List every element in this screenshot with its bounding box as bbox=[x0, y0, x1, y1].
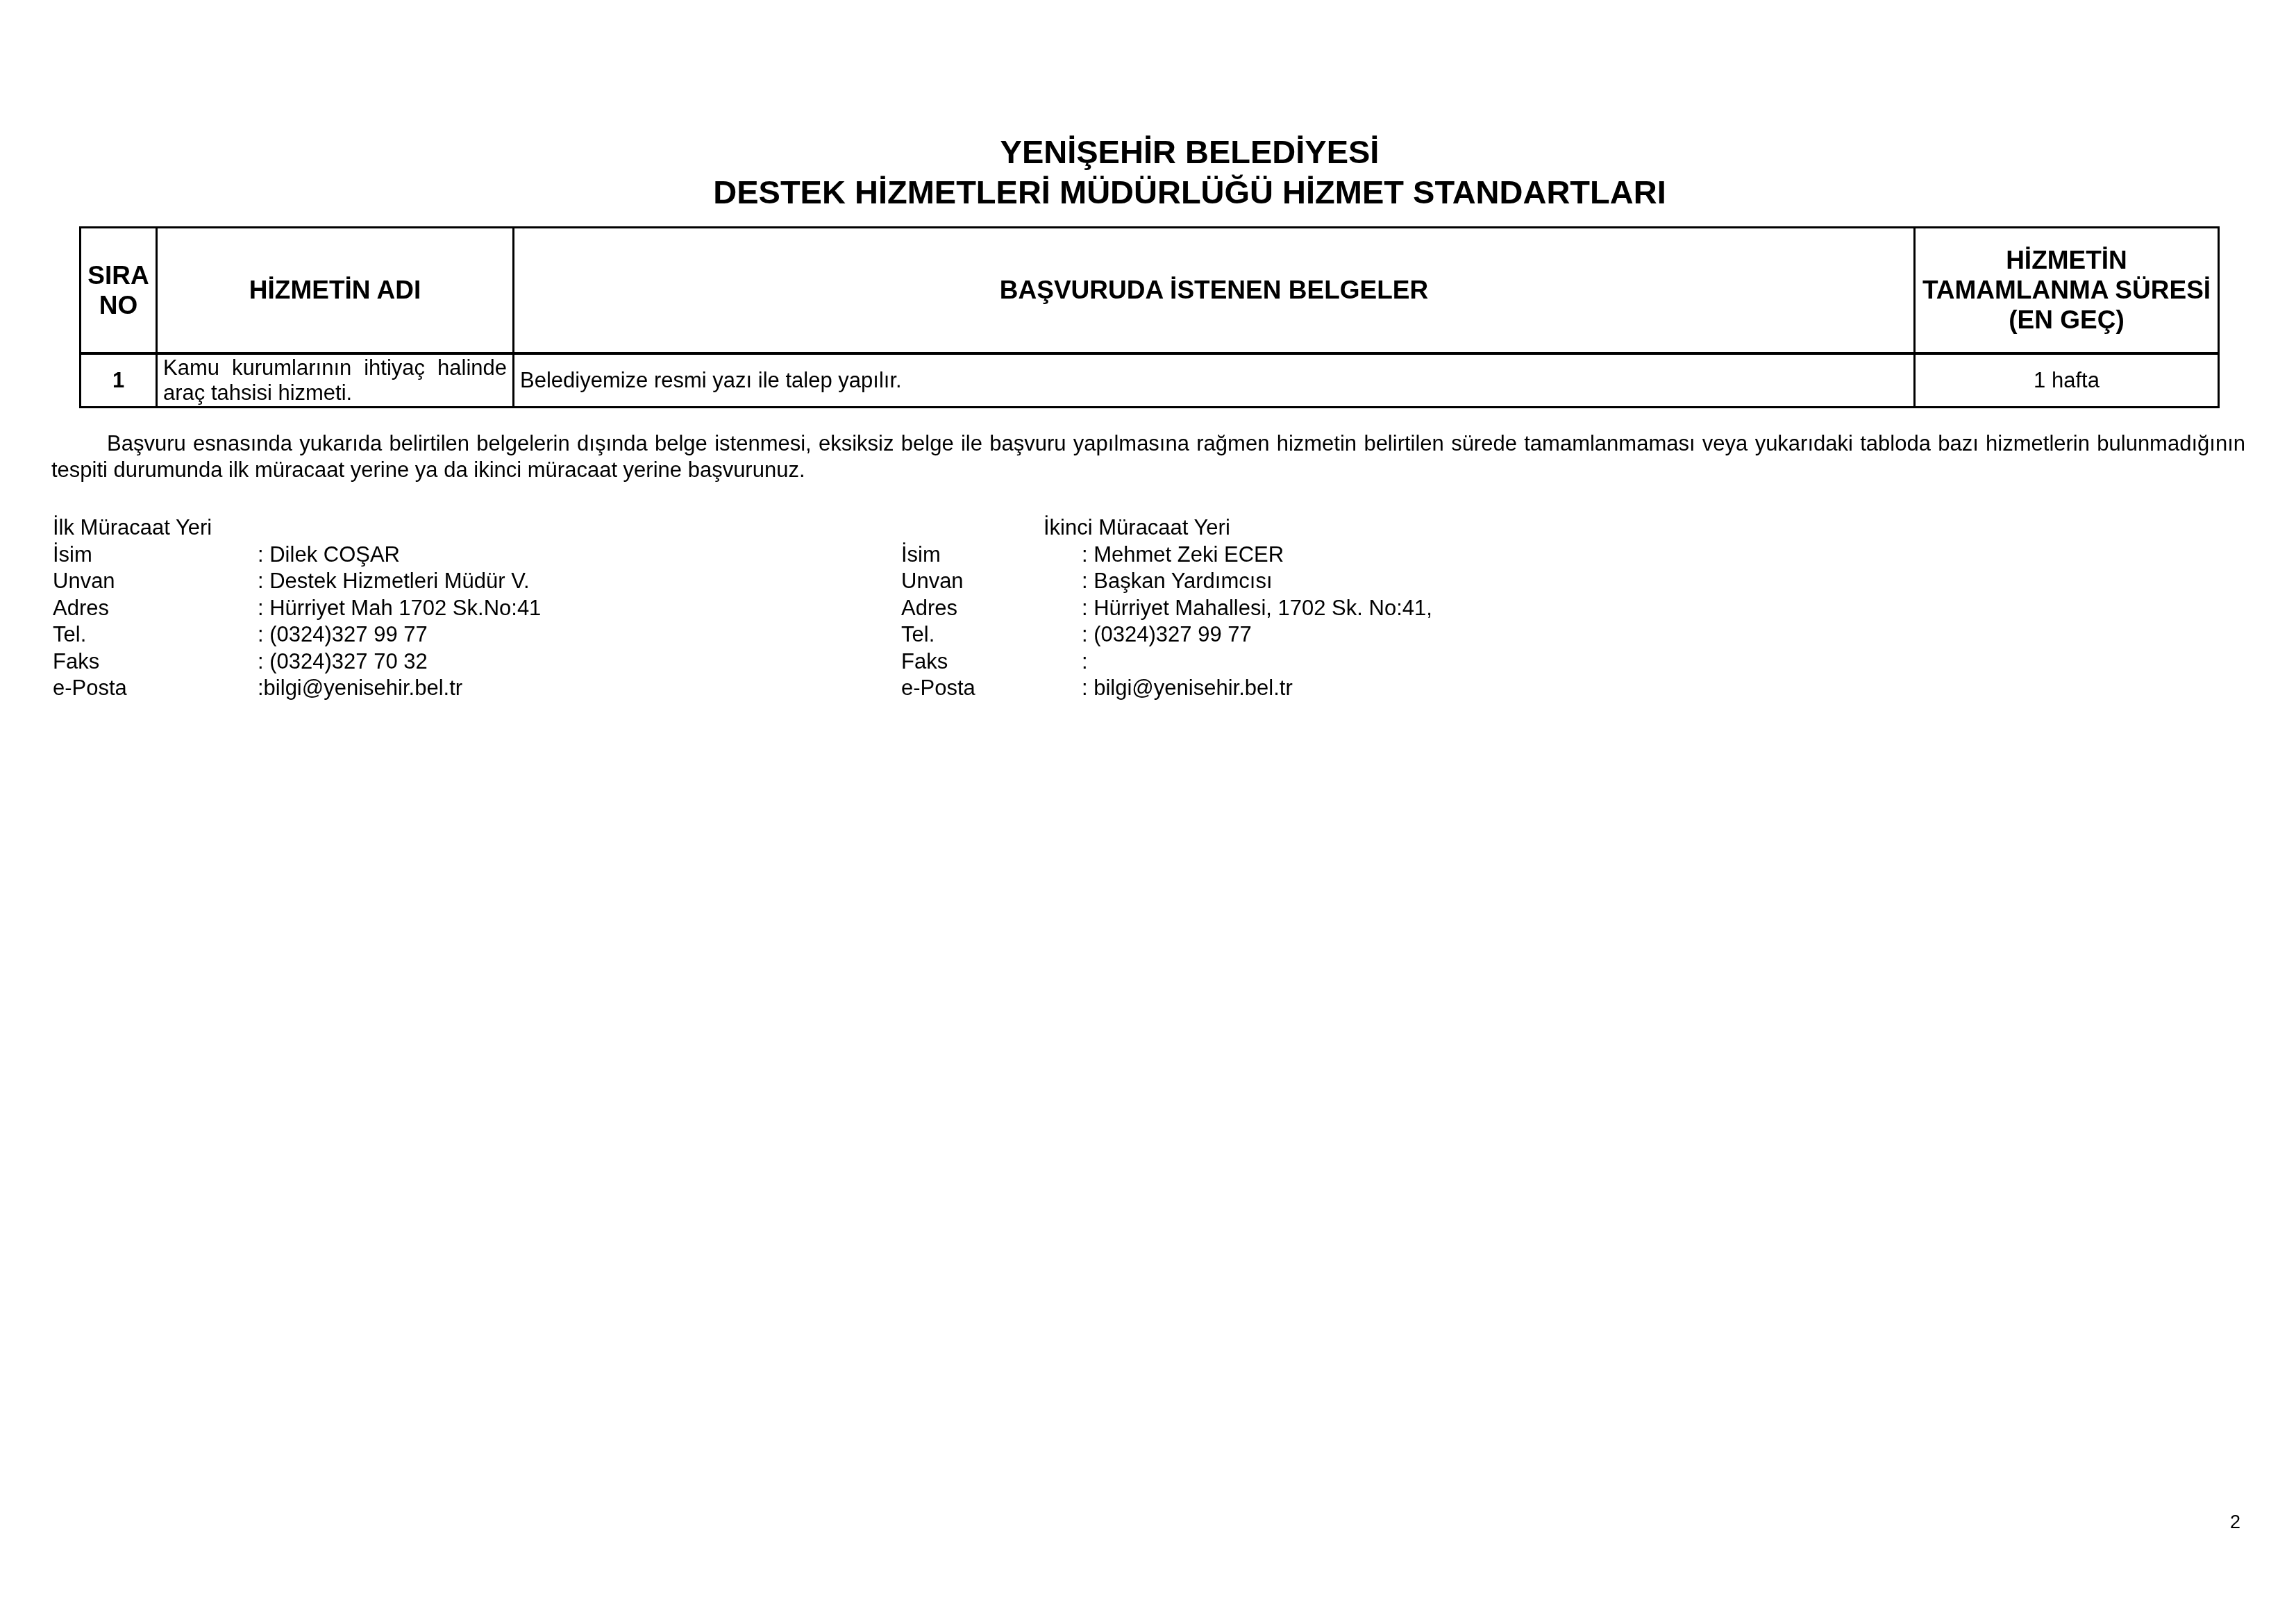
document-subtitle: DESTEK HİZMETLERİ MÜDÜRLÜĞÜ HİZMET STAND… bbox=[42, 173, 2296, 212]
column-header-belgeler: BAŞVURUDA İSTENEN BELGELER bbox=[514, 228, 1915, 353]
contact-row-title: Unvan: Destek Hizmetleri Müdür V. bbox=[53, 568, 541, 595]
contact-row-address: Adres: Hürriyet Mahallesi, 1702 Sk. No:4… bbox=[901, 595, 1432, 622]
contact-value: : Destek Hizmetleri Müdür V. bbox=[258, 568, 530, 595]
table-row: 1 Kamu kurumlarının ihtiyaç halinde araç… bbox=[81, 353, 2219, 408]
cell-sure: 1 hafta bbox=[1915, 353, 2219, 408]
page-number: 2 bbox=[2230, 1512, 2240, 1533]
contact-label: Unvan bbox=[901, 568, 1082, 595]
contact-value: : (0324)327 99 77 bbox=[258, 621, 428, 648]
contact-value: : Mehmet Zeki ECER bbox=[1082, 542, 1284, 569]
contact-row-email: e-Posta : bilgi@yenisehir.bel.tr bbox=[901, 675, 1432, 702]
contact-label: e-Posta bbox=[901, 675, 1082, 702]
contact-value: :bilgi@yenisehir.bel.tr bbox=[258, 675, 462, 702]
contact-value: : bilgi@yenisehir.bel.tr bbox=[1082, 675, 1293, 702]
column-header-sure: HİZMETİN TAMAMLANMA SÜRESİ (EN GEÇ) bbox=[1915, 228, 2219, 353]
contact-label: Faks bbox=[53, 648, 258, 676]
contact-label: Adres bbox=[901, 595, 1082, 622]
contact-row-name: İsim: Mehmet Zeki ECER bbox=[901, 542, 1432, 569]
contact-row-address: Adres: Hürriyet Mah 1702 Sk.No:41 bbox=[53, 595, 541, 622]
contact-label: İsim bbox=[53, 542, 258, 569]
contact-row-fax: Faks: (0324)327 70 32 bbox=[53, 648, 541, 676]
contact-row-fax: Faks: bbox=[901, 648, 1432, 676]
notice-paragraph: Başvuru esnasında yukarıda belirtilen be… bbox=[51, 430, 2245, 483]
contact-value: : Hürriyet Mahallesi, 1702 Sk. No:41, bbox=[1082, 595, 1432, 622]
contact-row-phone: Tel. : (0324)327 99 77 bbox=[901, 621, 1432, 648]
contact-row-email: e-Posta:bilgi@yenisehir.bel.tr bbox=[53, 675, 541, 702]
contact-value: : (0324)327 70 32 bbox=[258, 648, 428, 676]
contact-label: Tel. bbox=[901, 621, 1082, 648]
cell-belgeler: Belediyemize resmi yazı ile talep yapılı… bbox=[514, 353, 1915, 408]
contact-value: : (0324)327 99 77 bbox=[1082, 621, 1252, 648]
second-contact-block: İkinci Müracaat Yeri İsim: Mehmet Zeki E… bbox=[901, 514, 1432, 702]
contact-label: Adres bbox=[53, 595, 258, 622]
contact-label: Tel. bbox=[53, 621, 258, 648]
contact-row-title: Unvan : Başkan Yardımcısı bbox=[901, 568, 1432, 595]
column-header-sira-no: SIRA NO bbox=[81, 228, 157, 353]
service-standards-table: SIRA NO HİZMETİN ADI BAŞVURUDA İSTENEN B… bbox=[79, 226, 2220, 408]
contact-value: : Başkan Yardımcısı bbox=[1082, 568, 1273, 595]
contact-label: Faks bbox=[901, 648, 1082, 676]
document-title: YENİŞEHİR BELEDİYESİ bbox=[42, 133, 2296, 171]
contact-label: İsim bbox=[901, 542, 1082, 569]
table-header-row: SIRA NO HİZMETİN ADI BAŞVURUDA İSTENEN B… bbox=[81, 228, 2219, 353]
second-contact-heading: İkinci Müracaat Yeri bbox=[1044, 514, 1432, 542]
contact-row-phone: Tel.: (0324)327 99 77 bbox=[53, 621, 541, 648]
contact-row-name: İsim: Dilek COŞAR bbox=[53, 542, 541, 569]
cell-hizmet-adi: Kamu kurumlarının ihtiyaç halinde araç t… bbox=[157, 353, 514, 408]
column-header-hizmet-adi: HİZMETİN ADI bbox=[157, 228, 514, 353]
contact-value: : Hürriyet Mah 1702 Sk.No:41 bbox=[258, 595, 541, 622]
contact-value: : Dilek COŞAR bbox=[258, 542, 400, 569]
first-contact-block: İlk Müracaat Yeri İsim: Dilek COŞAR Unva… bbox=[53, 514, 541, 702]
contact-label: e-Posta bbox=[53, 675, 258, 702]
contact-value: : bbox=[1082, 648, 1088, 676]
first-contact-heading: İlk Müracaat Yeri bbox=[53, 514, 541, 542]
contact-label: Unvan bbox=[53, 568, 258, 595]
cell-sira-no: 1 bbox=[81, 353, 157, 408]
